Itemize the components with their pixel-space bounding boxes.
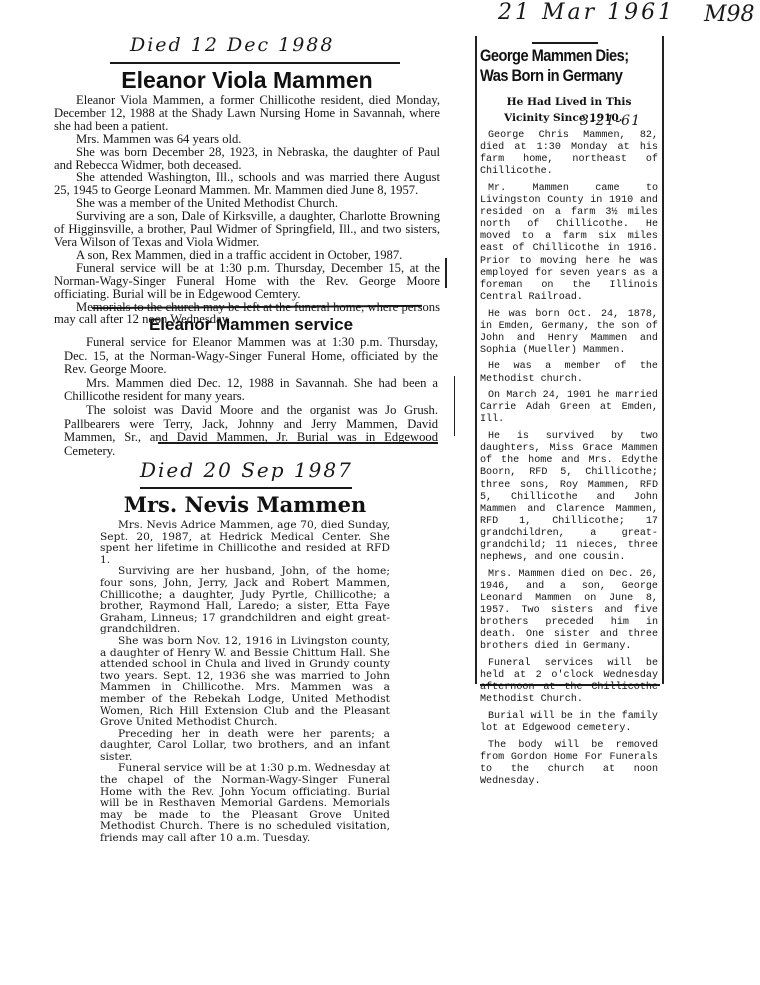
george-column-right-border	[662, 36, 664, 684]
handwritten-date-eleanor: Died 12 Dec 1988	[130, 34, 334, 56]
paragraph: She attended Washington, Ill., schools a…	[54, 171, 440, 197]
paragraph: George Chris Mammen, 82, died at 1:30 Mo…	[480, 130, 658, 178]
paragraph: Mrs. Mammen died on Dec. 26, 1946, and a…	[480, 569, 658, 654]
george-headline-line1: George Mammen Dies;	[480, 46, 633, 66]
george-headline-line2: Was Born in Germany	[480, 66, 633, 86]
eleanor-service-notice: Eleanor Mammen service Funeral service f…	[64, 314, 438, 458]
paragraph: Funeral services will be held at 2 o'clo…	[480, 658, 658, 706]
paragraph: A son, Rex Mammen, died in a traffic acc…	[54, 249, 440, 262]
paragraph: Funeral service for Eleanor Mammen was a…	[64, 336, 438, 377]
nevis-headline: Mrs. Nevis Mammen	[100, 490, 390, 520]
nevis-body: Mrs. Nevis Adrice Mammen, age 70, died S…	[100, 520, 390, 845]
paragraph: The soloist was David Moore and the orga…	[64, 404, 438, 458]
paragraph: Surviving are a son, Dale of Kirksville,…	[54, 210, 440, 249]
george-subhead-line2: Vicinity Since 1910.	[480, 110, 658, 126]
paragraph: Eleanor Viola Mammen, a former Chillicot…	[54, 94, 440, 133]
paragraph: Mrs. Mammen died Dec. 12, 1988 in Savann…	[64, 377, 438, 404]
paragraph: Mrs. Mammen was 64 years old.	[54, 133, 440, 146]
eleanor-service-headline: Eleanor Mammen service	[64, 314, 438, 336]
clipping-edge-service	[454, 376, 455, 436]
paragraph: He is survived by two daughters, Miss Gr…	[480, 431, 658, 564]
paragraph: Burial will be in the family lot at Edge…	[480, 711, 658, 735]
george-subhead-line1: He Had Lived in This	[480, 94, 658, 110]
paragraph: The body will be removed from Gordon Hom…	[480, 740, 658, 788]
handwritten-page-code: M98	[704, 2, 755, 27]
rule-top-nevis	[140, 487, 352, 489]
paragraph: Funeral service will be at 1:30 p.m. Wed…	[100, 763, 390, 844]
paragraph: On March 24, 1901 he married Carrie Adah…	[480, 390, 658, 426]
paragraph: He was a member of the Methodist church.	[480, 361, 658, 385]
paragraph: Surviving are her husband, John, of the …	[100, 566, 390, 636]
nevis-obituary: Mrs. Nevis Mammen Mrs. Nevis Adrice Mamm…	[100, 490, 390, 845]
rule-top-eleanor	[110, 62, 400, 64]
george-obituary: George Mammen Dies; Was Born in Germany …	[480, 46, 658, 793]
george-body: George Chris Mammen, 82, died at 1:30 Mo…	[480, 130, 658, 788]
paragraph: Funeral service will be at 1:30 p.m. Thu…	[54, 262, 440, 301]
paragraph: Preceding her in death were her parents;…	[100, 729, 390, 764]
clipping-edge-eleanor	[445, 258, 447, 288]
george-top-rule	[532, 42, 598, 44]
eleanor-headline: Eleanor Viola Mammen	[54, 66, 440, 94]
paragraph: She was born Nov. 12, 1916 in Livingston…	[100, 636, 390, 729]
george-column-left-border	[475, 36, 477, 684]
eleanor-body: Eleanor Viola Mammen, a former Chillicot…	[54, 94, 440, 326]
paragraph: He was born Oct. 24, 1878, in Emden, Ger…	[480, 309, 658, 357]
eleanor-service-body: Funeral service for Eleanor Mammen was a…	[64, 336, 438, 458]
handwritten-date-nevis: Died 20 Sep 1987	[140, 458, 353, 482]
handwritten-date-george: 21 Mar 1961	[498, 0, 675, 25]
eleanor-obituary: Eleanor Viola Mammen Eleanor Viola Mamme…	[54, 66, 440, 326]
paragraph: Mr. Mammen came to Livingston County in …	[480, 183, 658, 304]
paragraph: Mrs. Nevis Adrice Mammen, age 70, died S…	[100, 520, 390, 566]
paragraph: She was born December 28, 1923, in Nebra…	[54, 146, 440, 172]
